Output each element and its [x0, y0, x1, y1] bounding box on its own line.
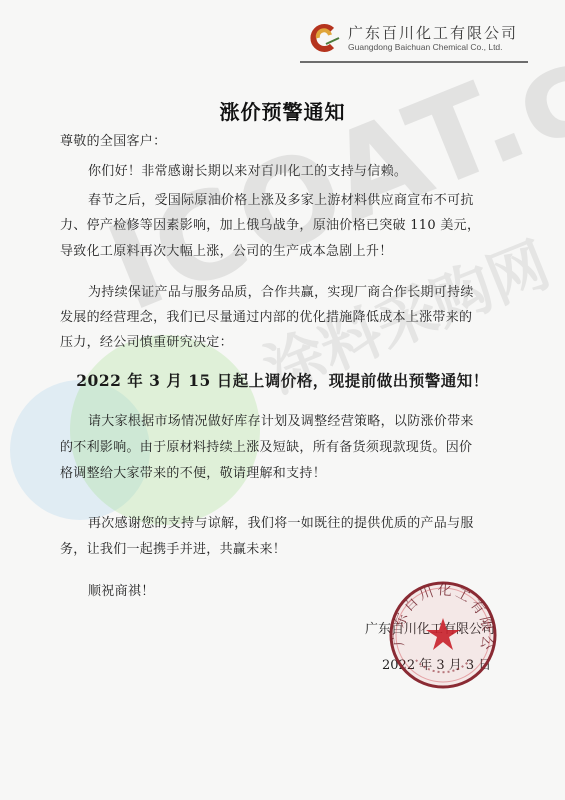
paragraph-greeting: 你们好！非常感谢长期以来对百川化工的支持与信赖。: [88, 160, 407, 179]
paragraph-3-line-1: 为持续保证产品与服务品质，合作共赢，实现厂商合作长期可持续: [88, 281, 474, 300]
price-increase-announcement: 2022 年 3 月 15 日起上调价格，现提前做出预警通知！: [0, 369, 565, 391]
company-name-cn: 广东百川化工有限公司: [348, 22, 518, 43]
company-name-en: Guangdong Baichuan Chemical Co., Ltd.: [348, 42, 503, 52]
paragraph-3-line-3: 压力，经公司慎重研究决定：: [60, 331, 233, 350]
paragraph-5-line-1: 再次感谢您的支持与谅解，我们将一如既往的提供优质的产品与服: [88, 512, 474, 531]
letterhead: 广东百川化工有限公司 Guangdong Baichuan Chemical C…: [310, 22, 550, 56]
paragraph-4-line-2: 的不利影响。由于原材料持续上涨及短缺，所有备货须现款现货。因价: [60, 436, 472, 455]
paragraph-2-line-3: 导致化工原料再次大幅上涨，公司的生产成本急剧上升！: [60, 240, 393, 259]
salutation: 尊敬的全国客户：: [60, 130, 166, 149]
paragraph-3-line-2: 发展的经营理念，我们已尽量通过内部的优化措施降低成本上涨带来的: [60, 306, 472, 325]
closing-greeting: 顺祝商祺！: [88, 580, 155, 599]
notice-document: 广东百川化工有限公司 Guangdong Baichuan Chemical C…: [0, 0, 565, 800]
notice-title: 涨价预警通知: [0, 96, 565, 125]
watermark-green-circle: [70, 335, 260, 525]
company-seal-icon: 广东百川化工有限公司: [388, 580, 498, 690]
header-divider: [300, 61, 528, 63]
paragraph-4-line-1: 请大家根据市场情况做好库存计划及调整经营策略，以防涨价带来: [88, 410, 474, 429]
paragraph-2-line-2: 力、停产检修等因素影响，加上俄乌战争，原油价格已突破 110 美元，: [60, 214, 480, 233]
company-logo-icon: [310, 24, 340, 52]
paragraph-2-line-1: 春节之后，受国际原油价格上涨及多家上游材料供应商宣布不可抗: [88, 189, 474, 208]
paragraph-4-line-3: 格调整给大家带来的不便，敬请理解和支持！: [60, 462, 326, 481]
paragraph-5-line-2: 务，让我们一起携手并进，共赢未来！: [60, 538, 286, 557]
